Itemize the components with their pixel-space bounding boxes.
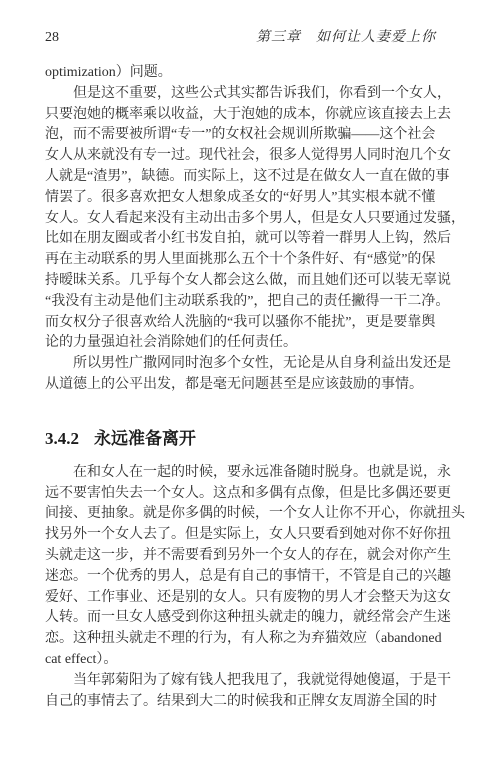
body-line: 而女权分子很喜欢给人洗脑的“我可以骚你不能扰”，更是要靠舆 <box>45 313 436 334</box>
body-line: 头就走这一步，并不需要看到另外一个女人的存在，就会对你产生 <box>45 546 436 567</box>
body-line: 但是这不重要，这些公式其实都告诉我们，你看到一个女人， <box>45 84 436 105</box>
body-line: 情罢了。很多喜欢把女人想象成圣女的“好男人”其实根本就不懂 <box>45 188 436 209</box>
body-line: 论的力量强迫社会消除她们的任何责任。 <box>45 333 436 354</box>
body-line: 只要泡她的概率乘以收益，大于泡她的成本，你就应该直接去上去 <box>45 105 436 126</box>
page-header: 28 第三章 如何让人妻爱上你 <box>45 30 436 46</box>
body-line: 泡，而不需要被所谓“专一”的女权社会规训所欺骗——这个社会 <box>45 125 436 146</box>
chapter-running-title: 第三章 如何让人妻爱上你 <box>256 30 436 46</box>
section-title: 永远准备离开 <box>94 429 196 448</box>
body-line: 再在主动联系的男人里面挑那么五个十个条件好、有“感觉”的保 <box>45 250 436 271</box>
paragraph: 所以男性广撒网同时泡多个女性，无论是从自身利益出发还是从道德上的公平出发，都是毫… <box>45 354 436 396</box>
body-line: 找另外一个女人去了。但是实际上，女人只要看到她对你不好你扭 <box>45 525 436 546</box>
paragraph: 在和女人在一起的时候，要永远准备随时脱身。也就是说，永远不要害怕失去一个女人。这… <box>45 463 436 671</box>
page-body: optimization）问题。但是这不重要，这些公式其实都告诉我们，你看到一个… <box>45 63 436 712</box>
body-line: 人转。而一旦女人感受到你这种扭头就走的魄力，就经常会产生迷 <box>45 608 436 629</box>
section-number: 3.4.2 <box>45 429 79 448</box>
body-line: 恋。这种扭头就走不理的行为，有人称之为弃猫效应（abandoned <box>45 629 436 650</box>
body-line: 所以男性广撒网同时泡多个女性，无论是从自身利益出发还是 <box>45 354 436 375</box>
body-line: 从道德上的公平出发，都是毫无问题甚至是应该鼓励的事情。 <box>45 375 436 396</box>
body-line: 自己的事情去了。结果到大二的时候我和正牌女友周游全国的时 <box>45 692 436 713</box>
section-heading: 3.4.2永远准备离开 <box>45 428 436 450</box>
paragraph-continuation: optimization）问题。 <box>45 63 436 84</box>
page-number: 28 <box>45 30 59 46</box>
body-line: 人就是“渣男”，缺德。而实际上，这不过是在做女人一直在做的事 <box>45 167 436 188</box>
body-line: 女人从来就没有专一过。现代社会，很多人觉得男人同时泡几个女 <box>45 146 436 167</box>
body-line: 迷恋。一个优秀的男人，总是有自己的事情干，不管是自己的兴趣 <box>45 567 436 588</box>
body-line: 持暧昧关系。几乎每个女人都会这么做，而且她们还可以装无辜说 <box>45 271 436 292</box>
body-line: cat effect）。 <box>45 650 436 671</box>
paragraph: 但是这不重要，这些公式其实都告诉我们，你看到一个女人，只要泡她的概率乘以收益，大… <box>45 84 436 354</box>
body-line: 远不要害怕失去一个女人。这点和多偶有点像，但是比多偶还要更 <box>45 484 436 505</box>
body-line: 比如在朋友圈或者小红书发自拍，就可以等着一群男人上钩，然后 <box>45 229 436 250</box>
body-line: 女人。女人看起来没有主动出击多个男人，但是女人只要通过发骚， <box>45 209 436 230</box>
body-line: 当年郭菊阳为了嫁有钱人把我甩了，我就觉得她傻逼，于是干 <box>45 671 436 692</box>
body-line: “我没有主动是他们主动联系我的”，把自己的责任撇得一干二净。 <box>45 292 436 313</box>
body-line: optimization）问题。 <box>45 63 436 84</box>
body-line: 间接、更抽象。就是你多偶的时候，一个女人让你不开心，你就扭头 <box>45 504 436 525</box>
body-line: 爱好、工作事业、还是别的女人。只有废物的男人才会整天为这女 <box>45 588 436 609</box>
body-line: 在和女人在一起的时候，要永远准备随时脱身。也就是说，永 <box>45 463 436 484</box>
book-page: 28 第三章 如何让人妻爱上你 optimization）问题。但是这不重要，这… <box>0 0 480 768</box>
paragraph: 当年郭菊阳为了嫁有钱人把我甩了，我就觉得她傻逼，于是干自己的事情去了。结果到大二… <box>45 671 436 713</box>
